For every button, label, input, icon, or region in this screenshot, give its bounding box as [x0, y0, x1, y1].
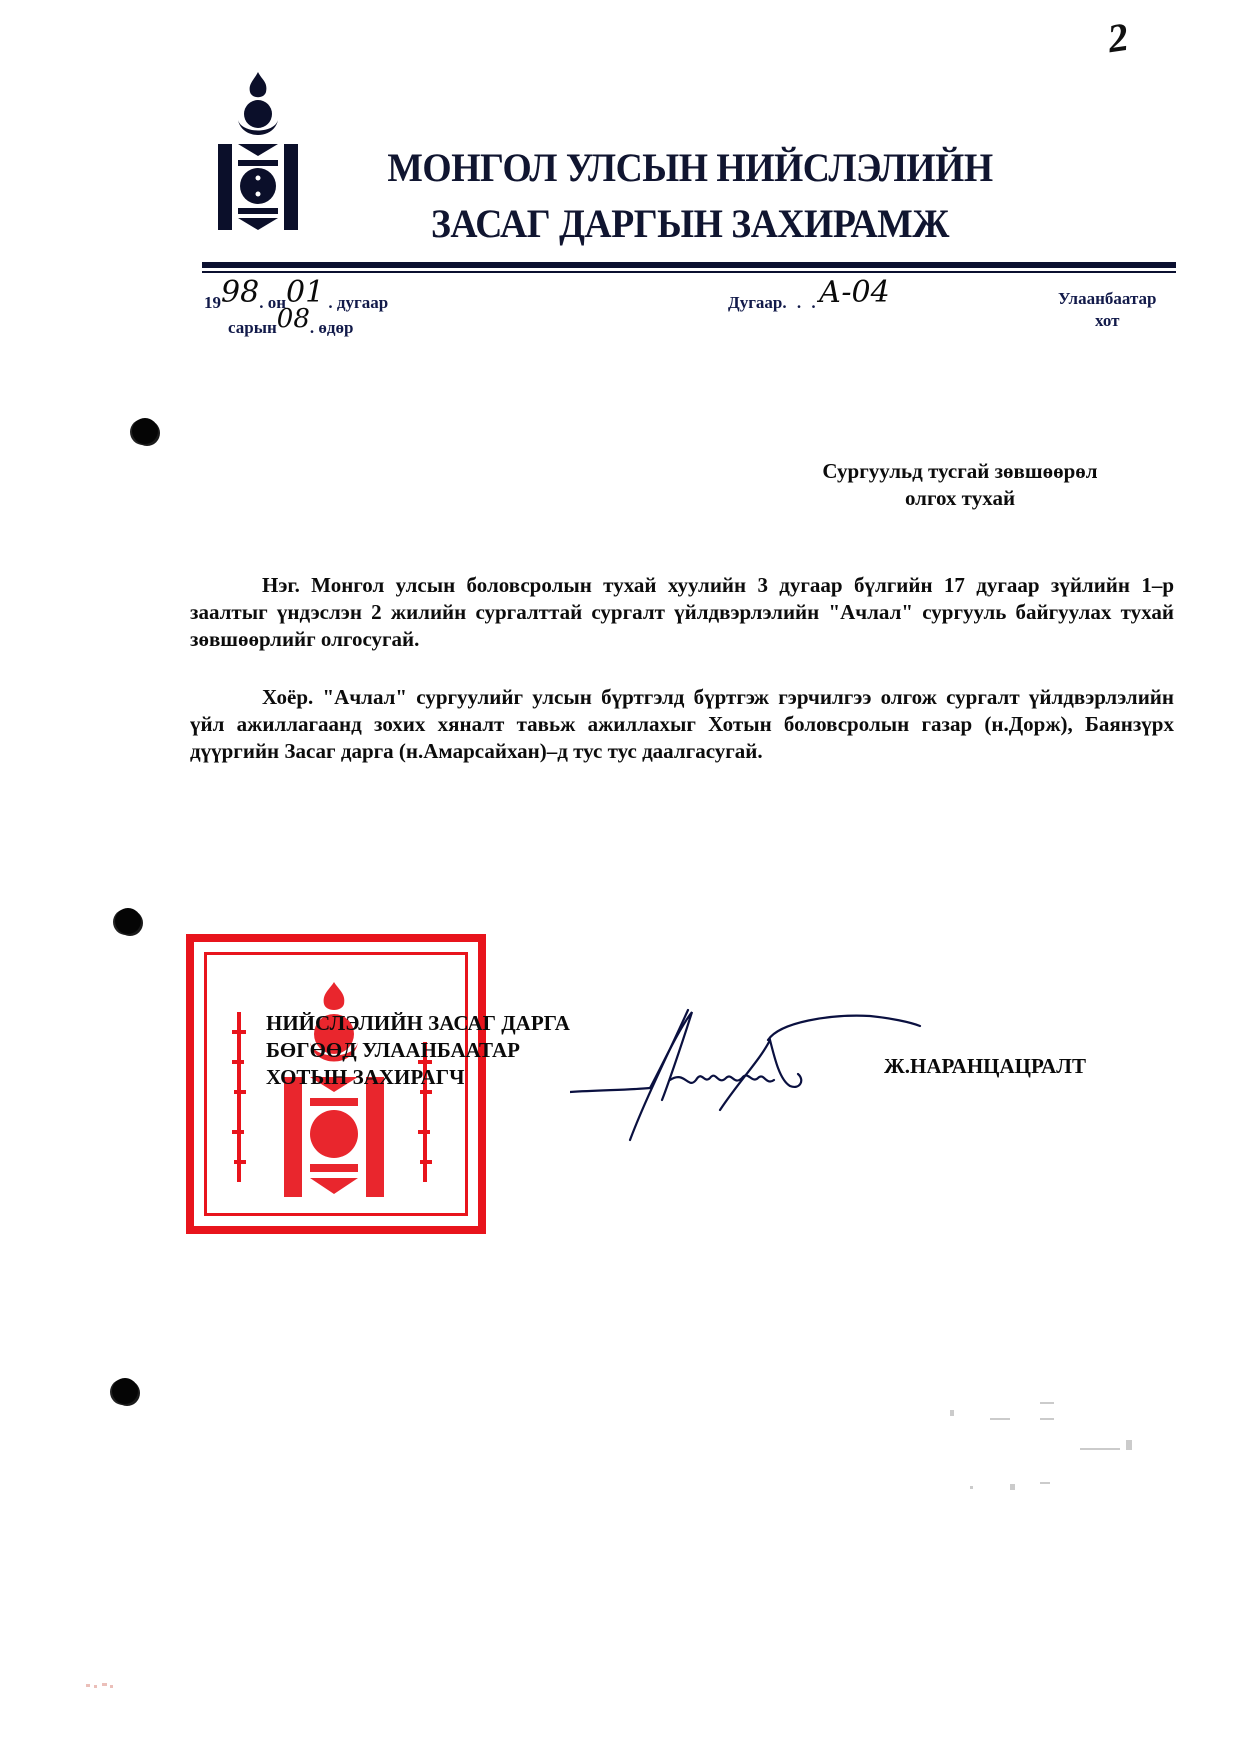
document-subject: Сургуульд тусгай зөвшөөрөл олгох тухай	[780, 458, 1140, 512]
header-rule-thick	[202, 262, 1176, 268]
page-number-mark: 2	[1105, 13, 1131, 62]
scan-artifact	[930, 1390, 1150, 1500]
document-number-field: Дугаар. . .А-04	[728, 288, 890, 314]
place-field: Улаанбаатар хот	[1058, 288, 1156, 332]
scan-artifact	[82, 1680, 122, 1694]
signatory-title: НИЙСЛЭЛИЙН ЗАСАГ ДАРГА БӨГӨӨД УЛААНБААТА…	[266, 1010, 570, 1091]
title-line-2: ЗАСАГ ДАРГЫН ЗАХИРАМЖ	[352, 196, 1029, 252]
date-day-prefix: сарын	[228, 318, 277, 337]
signatory-title-line-2: БӨГӨӨД УЛААНБААТАР	[266, 1037, 570, 1064]
body-paragraph-2: Хоёр. "Ачлал" сургуулийг улсын бүртгэлд …	[190, 684, 1174, 765]
punch-hole-icon	[115, 908, 141, 934]
document-title: МОНГОЛ УЛСЫН НИЙСЛЭЛИЙН ЗАСАГ ДАРГЫН ЗАХ…	[352, 140, 1029, 252]
place-suffix: хот	[1058, 310, 1156, 332]
subject-line-1: Сургуульд тусгай зөвшөөрөл	[780, 458, 1140, 485]
signatory-title-line-3: ХОТЫН ЗАХИРАГЧ	[266, 1064, 570, 1091]
date-year-prefix: 19	[204, 293, 221, 312]
date-month-handwritten: 01	[286, 282, 324, 304]
document-number-handwritten: А-04	[819, 282, 890, 304]
date-field: 1998. он01 . дугаар сарын08. өдөр	[204, 288, 388, 339]
place-city: Улаанбаатар	[1058, 288, 1156, 310]
signatory-title-line-1: НИЙСЛЭЛИЙН ЗАСАГ ДАРГА	[266, 1010, 570, 1037]
date-day-suffix: . өдөр	[310, 318, 354, 337]
header-rule-thin	[202, 271, 1176, 273]
subject-line-2: олгох тухай	[780, 485, 1140, 512]
punch-hole-icon	[132, 418, 158, 444]
document-number-dots: . . .	[782, 293, 818, 312]
punch-hole-icon	[112, 1378, 138, 1404]
body-paragraph-1: Нэг. Монгол улсын боловсролын тухай хуул…	[190, 572, 1174, 653]
signer-name: Ж.НАРАНЦАЦРАЛТ	[884, 1054, 1086, 1079]
date-month-suffix: . дугаар	[328, 293, 388, 312]
date-day-handwritten: 08	[277, 308, 310, 330]
title-line-1: МОНГОЛ УЛСЫН НИЙСЛЭЛИЙН	[352, 140, 1029, 196]
soyombo-emblem-icon	[218, 72, 298, 232]
stamp-mongolian-script-icon	[228, 1012, 250, 1182]
document-number-label: Дугаар	[728, 293, 782, 312]
date-year-handwritten: 98	[221, 282, 259, 304]
